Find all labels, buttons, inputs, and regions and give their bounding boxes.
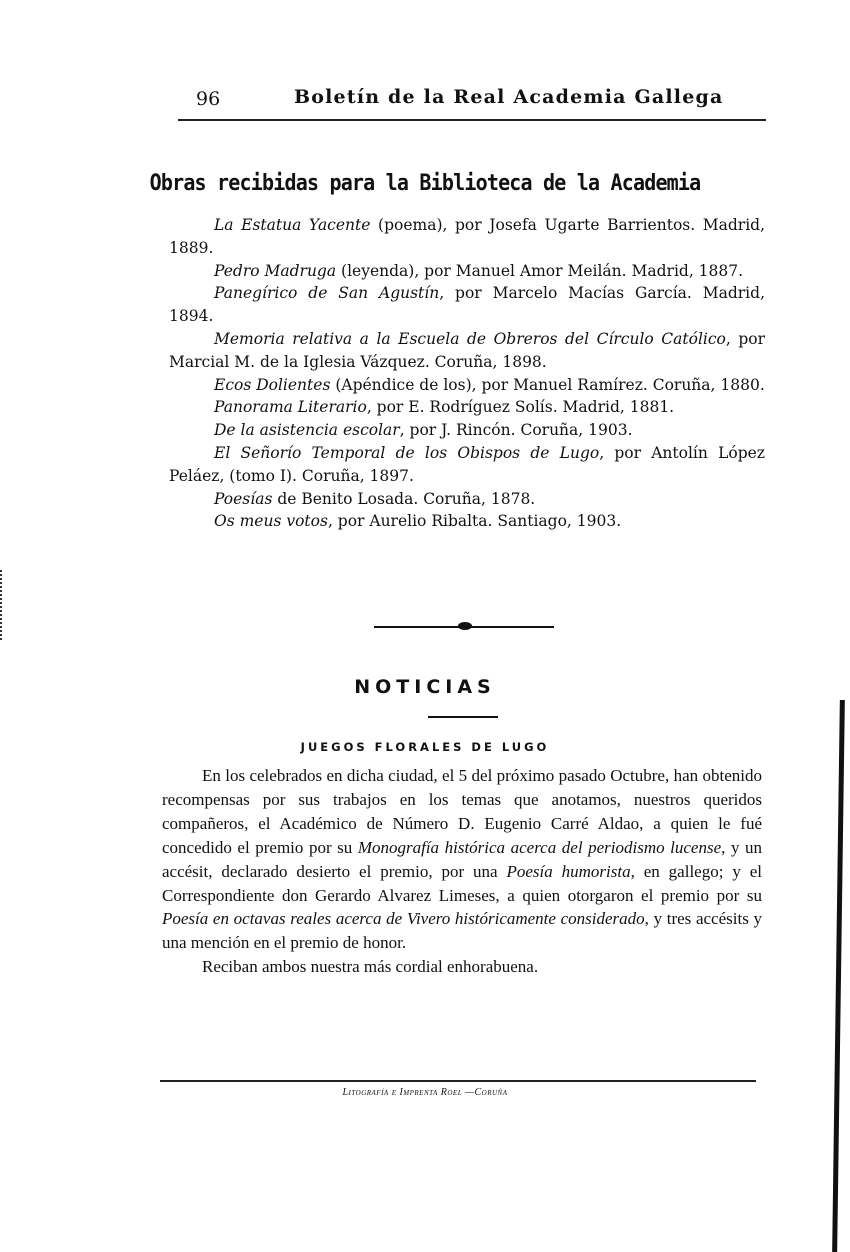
entry-details: (leyenda), por Manuel Amor Meilán. Madri… [336,262,743,280]
work-title: Os meus votos [214,512,328,530]
ornament-center-icon [458,622,472,630]
document-page: 96 Boletín de la Real Academia Gallega O… [0,0,850,1252]
bibliography-entry: La Estatua Yacente (poema), por Josefa U… [169,214,765,260]
news-body: En los celebrados en dicha ciudad, el 5 … [162,764,762,979]
scan-edge-marks [0,570,4,640]
scan-edge-shadow [832,700,845,1252]
entry-details: , por J. Rincón. Coruña, 1903. [400,421,633,439]
bibliography-entry: Pedro Madruga (leyenda), por Manuel Amor… [169,260,765,283]
work-title: La Estatua Yacente [214,216,370,234]
bibliography-entry: Poesías de Benito Losada. Coruña, 1878. [169,488,765,511]
entry-details: , por Aurelio Ribalta. Santiago, 1903. [328,512,621,530]
work-title: El Señorío Temporal de los Obispos de Lu… [214,444,599,462]
entry-details: , por E. Rodríguez Solís. Madrid, 1881. [367,398,674,416]
entry-details: de Benito Losada. Coruña, 1878. [272,490,535,508]
work-title: Monografía histórica acerca del periodis… [358,838,721,857]
work-title: Poesía humorista [506,862,630,881]
bibliography-entry: De la asistencia escolar, por J. Rincón.… [169,419,765,442]
work-title: Poesía en octavas reales acerca de Viver… [162,909,645,928]
bibliography-entry: Ecos Dolientes (Apéndice de los), por Ma… [169,374,765,397]
news-paragraph: Reciban ambos nuestra más cordial enhora… [162,955,762,979]
printer-imprint: Litografía e Imprenta Roel —Coruña [0,1087,850,1098]
bibliography-list: La Estatua Yacente (poema), por Josefa U… [169,214,765,533]
journal-title: Boletín de la Real Academia Gallega [294,86,724,108]
work-title: Poesías [214,490,272,508]
news-heading-rule [428,716,498,718]
news-subheading: JUEGOS FLORALES DE LUGO [0,740,850,754]
page-number: 96 [196,88,220,110]
bibliography-entry: Panegírico de San Agustín, por Marcelo M… [169,282,765,328]
header-rule [178,119,766,121]
work-title: Memoria relativa a la Escuela de Obreros… [214,330,726,348]
bibliography-entry: El Señorío Temporal de los Obispos de Lu… [169,442,765,488]
footer-rule [160,1080,756,1082]
running-header: 96 Boletín de la Real Academia Gallega [178,86,768,116]
bibliography-entry: Memoria relativa a la Escuela de Obreros… [169,328,765,374]
bibliography-entry: Os meus votos, por Aurelio Ribalta. Sant… [169,510,765,533]
work-title: Panorama Literario [214,398,367,416]
section-title: Obras recibidas para la Biblioteca de la… [0,169,850,196]
news-heading: NOTICIAS [0,676,850,698]
work-title: Ecos Dolientes [214,376,330,394]
news-paragraph: En los celebrados en dicha ciudad, el 5 … [162,764,762,955]
entry-details: (Apéndice de los), por Manuel Ramírez. C… [330,376,764,394]
work-title: De la asistencia escolar [214,421,400,439]
work-title: Panegírico de San Agustín [214,284,439,302]
bibliography-entry: Panorama Literario, por E. Rodríguez Sol… [169,396,765,419]
work-title: Pedro Madruga [214,262,336,280]
